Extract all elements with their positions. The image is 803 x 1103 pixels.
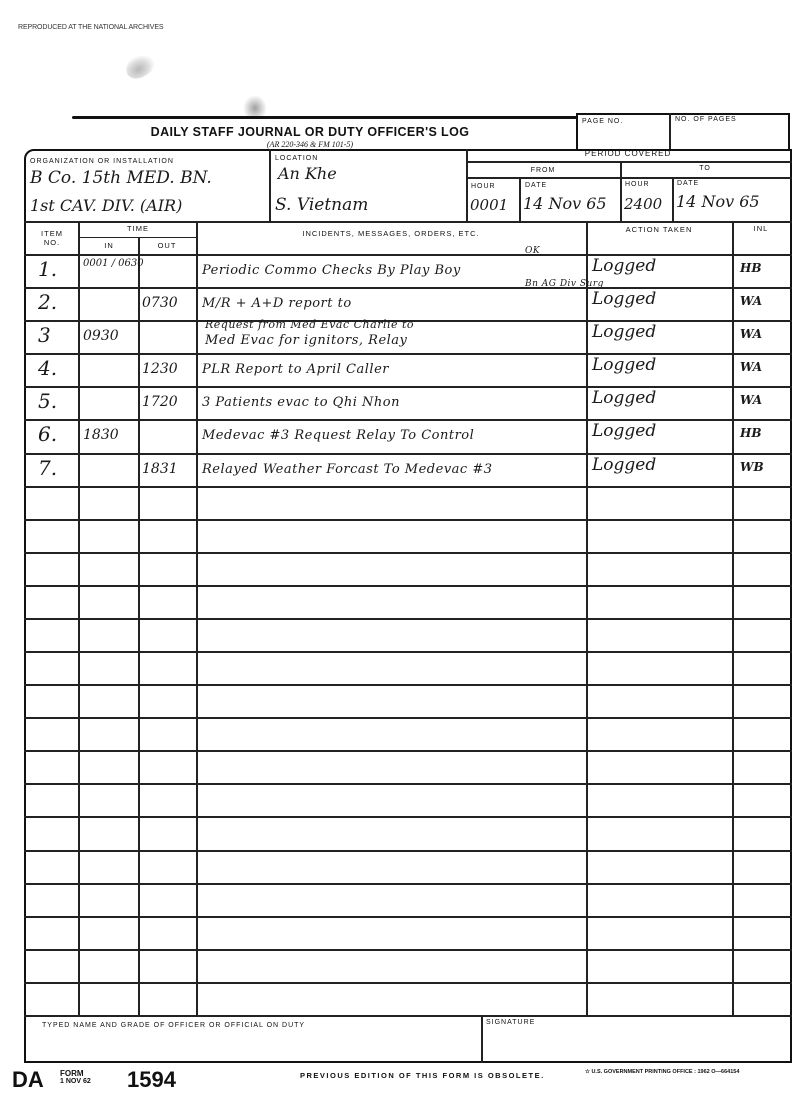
message-text[interactable]: Medevac #3 Request Relay To Control	[202, 428, 474, 443]
divider	[466, 177, 792, 179]
page-no-label: PAGE NO.	[582, 118, 623, 125]
message-text[interactable]: Relayed Weather Forcast To Medevac #3	[202, 462, 492, 477]
from-date-field[interactable]: 14 Nov 65	[523, 194, 607, 213]
from-hour-field[interactable]: 0001	[470, 196, 508, 214]
item-number[interactable]: 4.	[38, 356, 57, 380]
initials[interactable]: HB	[740, 426, 761, 440]
row-rule	[24, 287, 792, 289]
action-taken-header: ACTION TAKEN	[586, 225, 732, 234]
message-text[interactable]: Periodic Commo Checks By Play Boy	[202, 263, 461, 278]
action-taken[interactable]: Logged	[592, 256, 656, 276]
location-line2[interactable]: S. Vietnam	[275, 195, 368, 215]
initials[interactable]: WB	[740, 460, 764, 474]
action-taken[interactable]: Logged	[592, 289, 656, 309]
row-rule	[24, 684, 792, 686]
signature-label: SIGNATURE	[486, 1019, 535, 1026]
action-taken[interactable]: Logged	[592, 355, 656, 375]
no-of-pages-label: NO. OF PAGES	[675, 116, 737, 123]
organization-line1[interactable]: B Co. 15th MED. BN.	[30, 168, 212, 188]
form-date: 1 NOV 62	[60, 1078, 91, 1086]
item-number[interactable]: 7.	[38, 456, 57, 480]
divider	[24, 221, 792, 223]
item-header-line2: NO.	[26, 238, 78, 247]
from-hour-label: HOUR	[471, 183, 496, 190]
message-text[interactable]: PLR Report to April Caller	[202, 362, 389, 377]
gpo-notice: ☆ U.S. GOVERNMENT PRINTING OFFICE : 1962…	[585, 1069, 739, 1075]
location-label: LOCATION	[275, 155, 318, 162]
divider	[269, 149, 271, 221]
divider	[672, 177, 674, 221]
message-text[interactable]: M/R + A+D report to	[202, 296, 352, 311]
typed-name-label: TYPED NAME AND GRADE OF OFFICER OR OFFIC…	[42, 1022, 305, 1029]
row-rule	[24, 386, 792, 388]
row-rule	[24, 552, 792, 554]
row-rule	[24, 353, 792, 355]
time-out[interactable]: 1230	[142, 361, 178, 377]
row-rule	[24, 486, 792, 488]
time-in-header: IN	[80, 241, 138, 250]
item-number[interactable]: 1.	[38, 257, 57, 281]
row-rule	[24, 982, 792, 984]
initials[interactable]: WA	[740, 360, 762, 374]
row-rule	[24, 419, 792, 421]
inl-header: INL	[732, 224, 790, 233]
divider	[620, 161, 622, 221]
time-in[interactable]: 1830	[83, 427, 119, 443]
obsolete-notice: PREVIOUS EDITION OF THIS FORM IS OBSOLET…	[300, 1071, 545, 1080]
row-rule	[24, 651, 792, 653]
form-prefix: DA	[12, 1067, 44, 1093]
form-word: FORM	[60, 1070, 91, 1078]
action-taken[interactable]: Logged	[592, 455, 656, 475]
item-number[interactable]: 5.	[38, 389, 57, 413]
initials[interactable]: WA	[740, 294, 762, 308]
form-edition: FORM 1 NOV 62	[60, 1070, 91, 1086]
time-in[interactable]: 0930	[83, 328, 119, 344]
form-subtitle: (AR 220-346 & FM 101-5)	[60, 140, 560, 149]
initials[interactable]: WA	[740, 327, 762, 341]
to-date-field[interactable]: 14 Nov 65	[676, 192, 760, 211]
message-text[interactable]: 3 Patients evac to Qhi Nhon	[202, 395, 400, 410]
divider	[466, 149, 468, 221]
title-rule	[72, 116, 578, 119]
divider	[669, 113, 671, 149]
period-covered-label: PERIOD COVERED	[466, 149, 790, 158]
to-hour-field[interactable]: 2400	[624, 195, 662, 213]
location-line1[interactable]: An Khe	[278, 164, 337, 183]
row-rule	[24, 254, 792, 256]
divider	[481, 1015, 483, 1063]
duty-log-form: DAILY STAFF JOURNAL OR DUTY OFFICER'S LO…	[0, 0, 803, 1103]
incidents-header: INCIDENTS, MESSAGES, ORDERS, ETC.	[196, 229, 586, 238]
form-title: DAILY STAFF JOURNAL OR DUTY OFFICER'S LO…	[60, 125, 560, 139]
divider	[24, 1015, 792, 1017]
row-rule	[24, 750, 792, 752]
message-annotation[interactable]: OK	[525, 246, 540, 256]
item-number[interactable]: 2.	[38, 290, 57, 314]
action-taken[interactable]: Logged	[592, 421, 656, 441]
action-taken[interactable]: Logged	[592, 322, 656, 342]
item-number[interactable]: 6.	[38, 422, 57, 446]
row-rule	[24, 618, 792, 620]
form-number: 1594	[127, 1067, 176, 1093]
initials[interactable]: HB	[740, 261, 761, 275]
organization-label: ORGANIZATION OR INSTALLATION	[30, 158, 174, 165]
item-header-line1: ITEM	[26, 229, 78, 238]
divider	[519, 177, 521, 221]
to-label: TO	[620, 165, 790, 172]
to-hour-label: HOUR	[625, 181, 650, 188]
message-annotation[interactable]: Bn AG Div Surg	[525, 279, 604, 289]
row-rule	[24, 916, 792, 918]
item-number[interactable]: 3	[38, 323, 51, 347]
item-no-header: ITEM NO.	[26, 229, 78, 247]
time-out[interactable]: 1720	[142, 394, 178, 410]
row-rule	[24, 453, 792, 455]
time-in[interactable]: 0001 / 0630	[83, 258, 144, 269]
from-date-label: DATE	[525, 182, 547, 189]
row-rule	[24, 585, 792, 587]
message-text[interactable]: Request from Med Evac Charlie to	[205, 318, 414, 331]
row-rule	[24, 850, 792, 852]
organization-line2[interactable]: 1st CAV. DIV. (AIR)	[30, 196, 182, 215]
to-date-label: DATE	[677, 180, 699, 187]
time-out[interactable]: 0730	[142, 295, 178, 311]
row-rule	[24, 783, 792, 785]
divider	[466, 161, 792, 163]
from-label: FROM	[466, 167, 620, 174]
row-rule	[24, 883, 792, 885]
time-header: TIME	[80, 224, 196, 233]
row-rule	[24, 949, 792, 951]
row-rule	[24, 816, 792, 818]
action-taken[interactable]: Logged	[592, 388, 656, 408]
time-out[interactable]: 1831	[142, 461, 178, 477]
initials[interactable]: WA	[740, 393, 762, 407]
message-text-cont[interactable]: Med Evac for ignitors, Relay	[205, 333, 407, 348]
time-out-header: OUT	[138, 241, 196, 250]
row-rule	[24, 519, 792, 521]
row-rule	[24, 717, 792, 719]
